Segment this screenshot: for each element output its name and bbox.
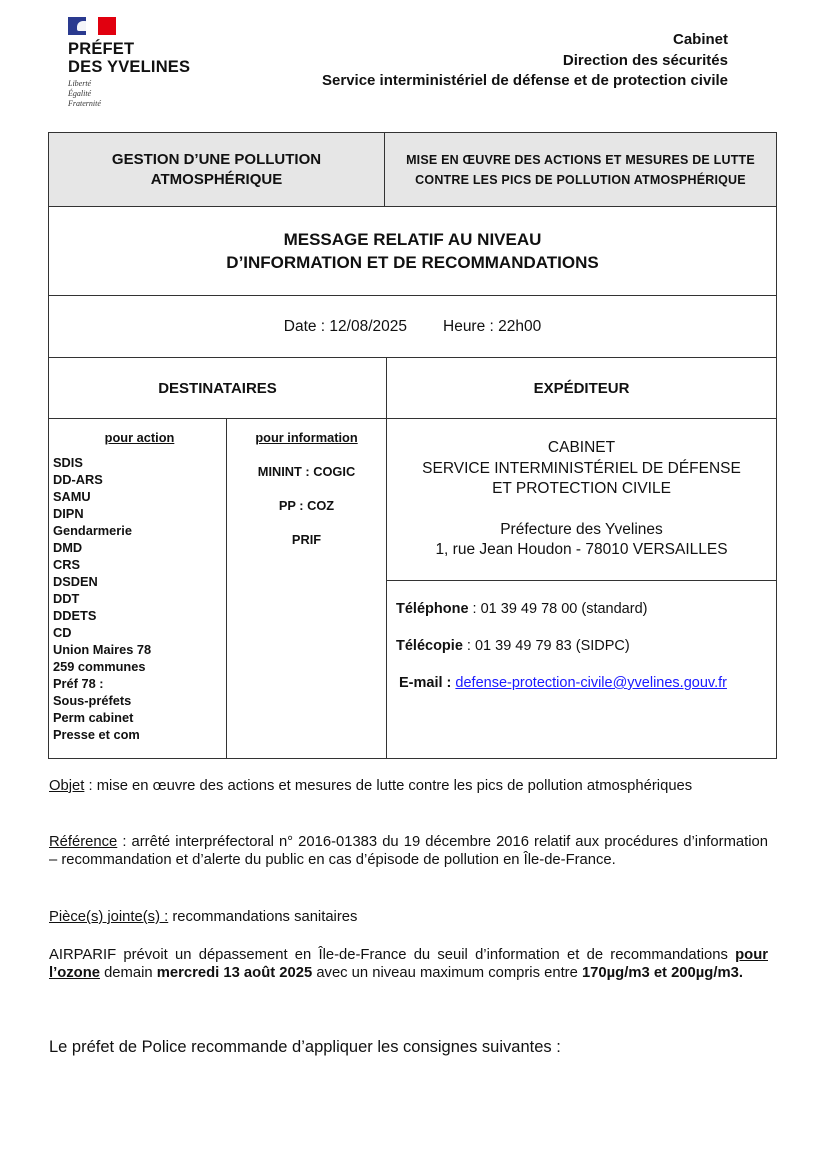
action-recipient: SDIS xyxy=(53,454,151,471)
details-row: pour action SDISDD-ARSSAMUDIPNGendarmeri… xyxy=(49,419,776,758)
email-line: E-mail : defense-protection-civile@yveli… xyxy=(396,673,727,693)
for-info-label: pour information xyxy=(255,429,357,446)
action-recipient: 259 communes xyxy=(53,658,151,675)
closing-paragraph: Le préfet de Police recommande d’appliqu… xyxy=(49,1038,768,1056)
category-cell: GESTION D’UNE POLLUTION ATMOSPHÉRIQUE xyxy=(49,133,385,206)
action-recipient: Préf 78 : xyxy=(53,675,151,692)
date-time-cell: Date : 12/08/2025 Heure : 22h00 xyxy=(49,296,776,357)
form-category-row: GESTION D’UNE POLLUTION ATMOSPHÉRIQUE MI… xyxy=(49,133,776,207)
email-link[interactable]: defense-protection-civile@yvelines.gouv.… xyxy=(455,675,727,691)
info-recipient: PRIF xyxy=(292,531,321,548)
fax-line: Télécopie : 01 39 49 79 83 (SIDPC) xyxy=(396,636,630,656)
recipients-header: DESTINATAIRES xyxy=(49,358,387,418)
reference-paragraph: Référence : arrêté interpréfectoral n° 2… xyxy=(49,833,768,870)
action-recipient: DSDEN xyxy=(53,573,151,590)
airparif-paragraph: AIRPARIF prévoit un dépassement en Île-d… xyxy=(49,946,768,983)
date-time-row: Date : 12/08/2025 Heure : 22h00 xyxy=(49,296,776,358)
attachments-paragraph: Pièce(s) jointe(s) : recommandations san… xyxy=(49,908,768,926)
action-recipient: CRS xyxy=(53,556,151,573)
for-action-column: pour action SDISDD-ARSSAMUDIPNGendarmeri… xyxy=(49,419,227,758)
info-recipient: MININT : COGIC xyxy=(258,463,355,480)
action-recipient: Gendarmerie xyxy=(53,522,151,539)
action-recipient: DIPN xyxy=(53,505,151,522)
column-header-row: DESTINATAIRES EXPÉDITEUR xyxy=(49,358,776,419)
prefecture-logo: PRÉFET DES YVELINES Liberté Égalité Frat… xyxy=(68,17,208,109)
message-title: MESSAGE RELATIF AU NIVEAU D’INFORMATION … xyxy=(49,207,776,295)
action-recipient: DDT xyxy=(53,590,151,607)
for-action-list: SDISDD-ARSSAMUDIPNGendarmerieDMDCRSDSDEN… xyxy=(53,454,151,743)
action-recipient: DDETS xyxy=(53,607,151,624)
objet-paragraph: Objet : mise en œuvre des actions et mes… xyxy=(49,777,768,795)
form-title-row: MESSAGE RELATIF AU NIVEAU D’INFORMATION … xyxy=(49,207,776,296)
message-form-table: GESTION D’UNE POLLUTION ATMOSPHÉRIQUE MI… xyxy=(48,132,777,759)
sender-header: EXPÉDITEUR xyxy=(387,358,776,418)
phone-line: Téléphone : 01 39 49 78 00 (standard) xyxy=(396,599,647,619)
message-time: Heure : 22h00 xyxy=(443,318,541,336)
action-recipient: CD xyxy=(53,624,151,641)
for-info-column: pour information MININT : COGIC PP : COZ… xyxy=(227,419,387,758)
action-recipient: DD-ARS xyxy=(53,471,151,488)
action-recipient: Sous-préfets xyxy=(53,692,151,709)
logo-title: PRÉFET DES YVELINES xyxy=(68,40,208,76)
service-header: Cabinet Direction des sécurités Service … xyxy=(322,30,728,92)
action-recipient: Perm cabinet xyxy=(53,709,151,726)
action-recipient: DMD xyxy=(53,539,151,556)
french-flag-icon xyxy=(68,17,116,35)
action-recipient: Union Maires 78 xyxy=(53,641,151,658)
action-recipient: Presse et com xyxy=(53,726,151,743)
republic-motto: Liberté Égalité Fraternité xyxy=(68,79,208,109)
action-cell: MISE EN ŒUVRE DES ACTIONS ET MESURES DE … xyxy=(385,133,776,206)
sender-address: CABINET SERVICE INTERMINISTÉRIEL DE DÉFE… xyxy=(387,419,776,581)
info-recipient: PP : COZ xyxy=(279,497,334,514)
action-recipient: SAMU xyxy=(53,488,151,505)
message-date: Date : 12/08/2025 xyxy=(284,318,407,336)
for-action-label: pour action xyxy=(105,429,175,446)
sender-column: CABINET SERVICE INTERMINISTÉRIEL DE DÉFE… xyxy=(387,419,776,758)
sender-contact: Téléphone : 01 39 49 78 00 (standard) Té… xyxy=(387,581,776,758)
